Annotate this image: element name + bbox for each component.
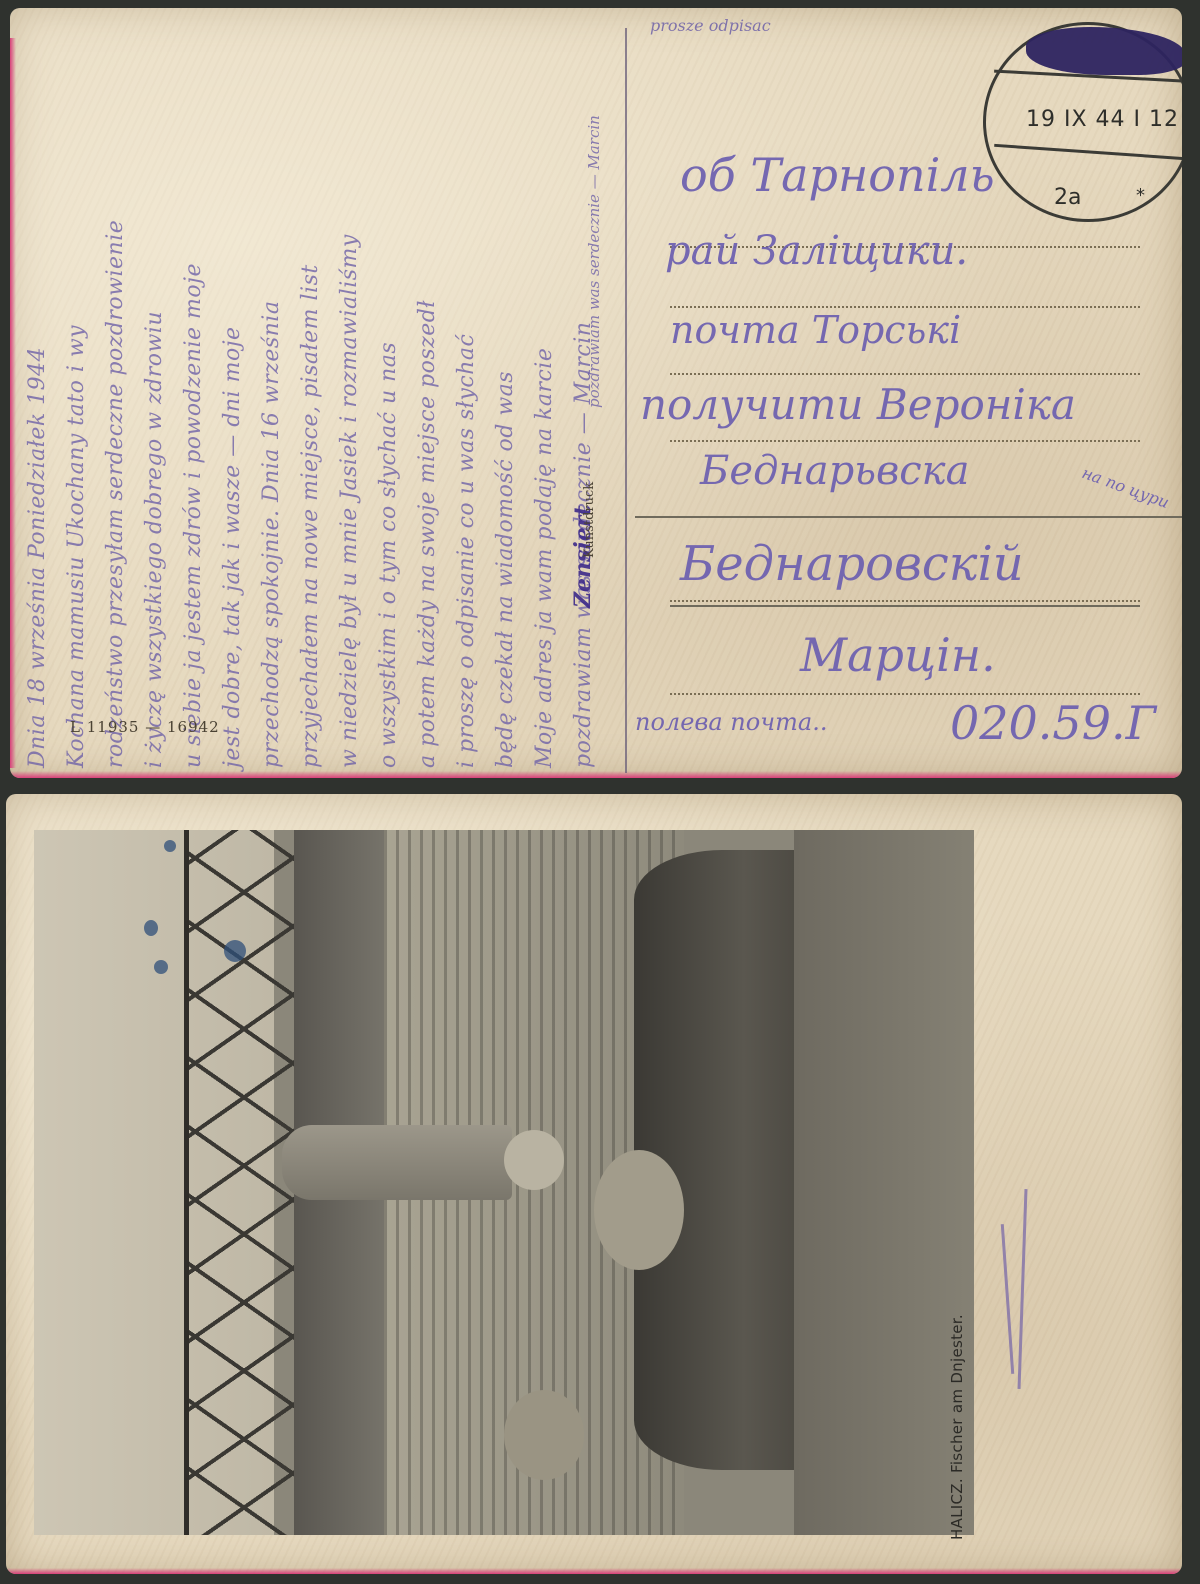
message-line: w niedzielę był u mnie Jasiek i rozmawia… — [330, 8, 369, 768]
ink-blot — [1026, 27, 1182, 75]
address-annotation: на по цури — [1080, 463, 1172, 512]
address-line-4: получити Вероніка — [640, 380, 1076, 429]
postcard-address-side: prosze odpisac Dnia 18 września Poniedzi… — [10, 8, 1182, 778]
message-line: Dnia 18 września Poniedziałek 1944 — [18, 8, 57, 768]
pink-card-edge — [10, 771, 1182, 778]
message-line: i życzę wszystkiego dobrego w zdrowiu — [135, 8, 174, 768]
margin-handwriting: pozdrawiam was serdecznie — Marcin — [585, 115, 603, 408]
message-line: Moje adres ja wam podaję na karcie — [525, 8, 564, 768]
message-line: jest dobre, tak jak i wasze — dni moje — [213, 8, 252, 768]
postmark-office-code: 2a — [1054, 185, 1081, 210]
message-line: o wszystkim i o tym co słychać u nas — [369, 8, 408, 768]
ink-spot — [224, 940, 246, 962]
violet-pencil-mark — [1001, 1224, 1014, 1374]
message-line: rodzeństwo przesyłam serdeczne pozdrowie… — [96, 8, 135, 768]
message-line: Kochana mamusiu Ukochany tato i wy — [57, 8, 96, 768]
address-line-2: рай Заліщики. — [665, 228, 968, 274]
postmark-star: * — [1136, 185, 1145, 206]
near-shore — [794, 830, 974, 1535]
postmark-date: 19 IX 44 I 12 — [1026, 107, 1179, 132]
field-post-label: полева почта.. — [635, 708, 827, 736]
pink-card-edge — [10, 38, 16, 768]
message-line: przechodzą spokojnie. Dnia 16 września — [252, 8, 291, 768]
violet-pencil-mark — [1018, 1189, 1028, 1389]
postmark-stamp: 19 IX 44 I 12 2a * — [983, 22, 1182, 222]
address-line — [670, 373, 1140, 375]
address-line-1: об Тарнопіль — [680, 148, 995, 202]
top-handwritten-note: prosze odpisac — [650, 16, 771, 35]
card-divider-line — [625, 28, 627, 773]
address-line — [635, 516, 1182, 518]
ink-spot — [144, 920, 158, 936]
fisherman-figure — [594, 1150, 684, 1270]
message-line: a potem każdy na swoje miejsce poszedł — [408, 8, 447, 768]
ink-spot — [154, 960, 168, 974]
message-line: będę czekał na wiadomość od was — [486, 8, 525, 768]
fisherman-figure — [504, 1390, 584, 1480]
address-line — [670, 440, 1140, 442]
address-line — [670, 693, 1140, 695]
address-line — [670, 605, 1140, 607]
address-line-7: Марцін. — [800, 628, 996, 682]
address-line-6: Беднаровскій — [680, 536, 1024, 592]
pink-card-edge — [6, 1568, 1182, 1574]
bridge-pier — [282, 1125, 512, 1200]
fisherman-figure — [504, 1130, 564, 1190]
photo-caption: HALICZ. Fischer am Dnjester. — [948, 1314, 966, 1540]
postcard-picture-side — [6, 794, 1182, 1574]
message-line: i proszę o odpisanie co u was słychać — [447, 8, 486, 768]
handwritten-message: Dnia 18 września Poniedziałek 1944Kochan… — [18, 8, 618, 768]
printer-code: L 11935 — 16942 — [70, 718, 220, 736]
field-post-number: 020.59.Г — [950, 696, 1156, 750]
photograph — [34, 830, 974, 1535]
address-line — [670, 600, 1140, 602]
message-line: przyjechałem na nowe miejsce, pisałem li… — [291, 8, 330, 768]
ink-spot — [164, 840, 176, 852]
publisher-imprint: Kunstdruck — [582, 482, 597, 558]
address-line-5: Беднарьвска — [700, 448, 969, 494]
message-line: u siebie ja jestem zdrów i powodzenie mo… — [174, 8, 213, 768]
address-line-3: почта Торські — [670, 308, 961, 352]
